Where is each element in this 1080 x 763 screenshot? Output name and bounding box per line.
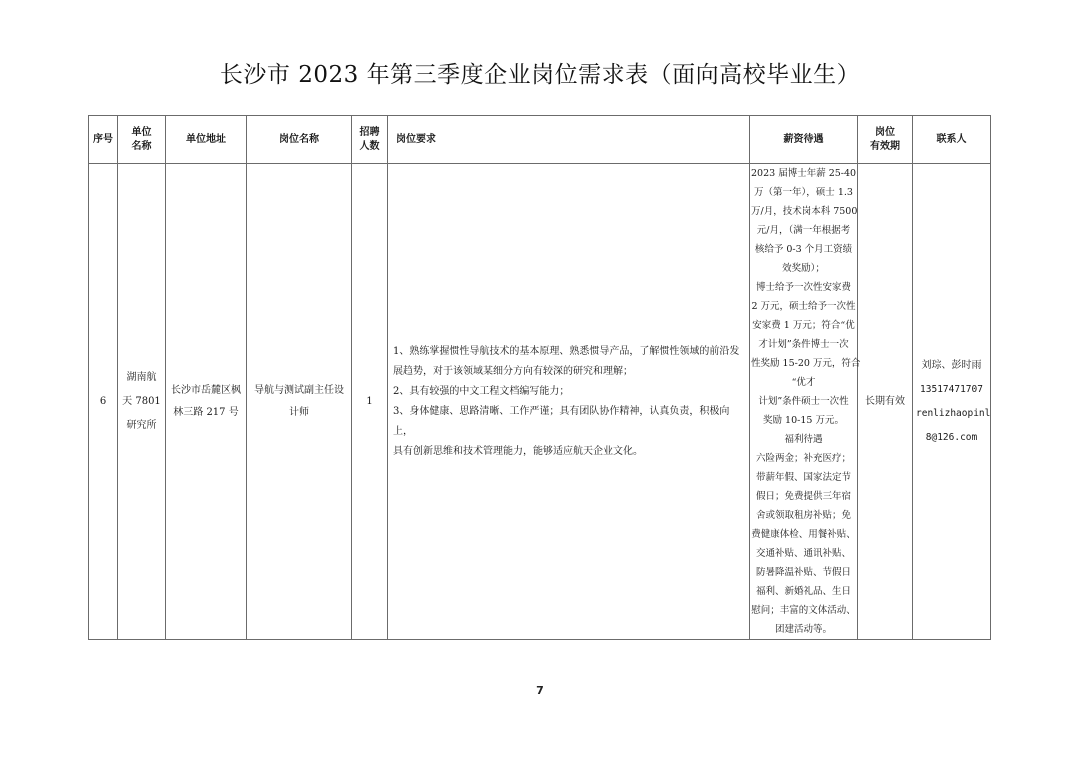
cell-address: 长沙市岳麓区枫 林三路 217 号 (166, 164, 247, 640)
salary-line: 费健康体检、用餐补贴、 (751, 525, 856, 544)
salary-line: 舍或领取租房补贴；免 (751, 506, 856, 525)
address-line: 林三路 217 号 (169, 402, 243, 424)
salary-line: 交通补贴、通讯补贴、 (751, 544, 856, 563)
header-contact-label: 联系人 (937, 134, 967, 145)
salary-line: 六险两金；补充医疗； (751, 449, 856, 468)
header-address-label: 单位地址 (186, 134, 226, 145)
position-line: 导航与测试副主任设 (250, 380, 348, 402)
salary-line: 团建活动等。 (751, 620, 856, 639)
contact-phone: 13517471707 (916, 378, 987, 402)
salary-line: 慰问；丰富的文体活动、 (751, 601, 856, 620)
requirement-line: 3、身体健康、思路清晰、工作严谨；具有团队协作精神，认真负责，积极向上， (393, 402, 744, 442)
salary-line: “优才 (751, 373, 856, 392)
document-title: 长沙市 2023 年第三季度企业岗位需求表（面向高校毕业生） (0, 56, 1080, 89)
salary-line: 元/月，（满一年根据考 (751, 221, 856, 240)
cell-count: 1 (352, 164, 388, 640)
header-salary: 薪资待遇 (750, 116, 858, 164)
header-address: 单位地址 (166, 116, 247, 164)
requirement-line: 1、熟练掌握惯性导航技术的基本原理、熟悉惯导产品，了解惯性领域的前沿发 (393, 342, 744, 362)
salary-line: 效奖励）； (751, 259, 856, 278)
job-demand-table: 序号 单位 名称 单位地址 岗位名称 招聘 人数 岗位要求 薪资待遇 岗位 有效… (88, 115, 991, 640)
address-line: 长沙市岳麓区枫 (169, 380, 243, 402)
table-row: 6 湖南航 天 7801 研究所 长沙市岳麓区枫 林三路 217 号 导航与测试… (89, 164, 991, 640)
requirement-line: 展趋势，对于该领域某细分方向有较深的研究和理解； (393, 362, 744, 382)
table-header-row: 序号 单位 名称 单位地址 岗位名称 招聘 人数 岗位要求 薪资待遇 岗位 有效… (89, 116, 991, 164)
salary-line: 假日；免费提供三年宿 (751, 487, 856, 506)
salary-line: 福利、新婚礼品、生日 (751, 582, 856, 601)
header-requirements: 岗位要求 (388, 116, 750, 164)
header-index-label: 序号 (93, 134, 113, 145)
page-number: 7 (0, 684, 1080, 697)
salary-line: 万/月，技术岗本科 7500 (751, 202, 856, 221)
contact-email-part2: 8@126.com (916, 426, 987, 450)
header-validity-line2: 有效期 (858, 140, 912, 154)
header-unit-name: 单位 名称 (118, 116, 166, 164)
cell-validity: 长期有效 (858, 164, 913, 640)
header-unit-name-line2: 名称 (118, 140, 165, 154)
position-line: 计师 (250, 402, 348, 424)
unit-name-line: 研究所 (121, 414, 162, 438)
header-position: 岗位名称 (247, 116, 352, 164)
salary-line: 核给予 0-3 个月工资绩 (751, 240, 856, 259)
header-count: 招聘 人数 (352, 116, 388, 164)
unit-name-line: 天 7801 (121, 390, 162, 414)
salary-line: 2 万元，硕士给予一次性 (751, 297, 856, 316)
requirement-line: 2、具有较强的中文工程文档编写能力； (393, 382, 744, 402)
salary-line: 福利待遇 (751, 430, 856, 449)
unit-name-line: 湖南航 (121, 366, 162, 390)
salary-line: 安家费 1 万元；符合“优 (751, 316, 856, 335)
salary-line: 2023 届博士年薪 25-40 (751, 164, 856, 183)
cell-salary: 2023 届博士年薪 25-40 万（第一年），硕士 1.3 万/月，技术岗本科… (750, 164, 858, 640)
header-salary-label: 薪资待遇 (784, 134, 824, 145)
salary-line: 奖励 10-15 万元。 (751, 411, 856, 430)
salary-line: 性奖励 15-20 万元，符合 (751, 354, 856, 373)
header-count-line1: 招聘 (352, 126, 387, 140)
header-count-line2: 人数 (352, 140, 387, 154)
cell-requirements: 1、熟练掌握惯性导航技术的基本原理、熟悉惯导产品，了解惯性领域的前沿发 展趋势，… (388, 164, 750, 640)
header-position-label: 岗位名称 (279, 134, 319, 145)
header-index: 序号 (89, 116, 118, 164)
header-contact: 联系人 (913, 116, 991, 164)
cell-contact: 刘琮、彭时雨 13517471707 renlizhaopinl 8@126.c… (913, 164, 991, 640)
header-validity-line1: 岗位 (858, 126, 912, 140)
cell-position: 导航与测试副主任设 计师 (247, 164, 352, 640)
header-unit-name-line1: 单位 (118, 126, 165, 140)
salary-line: 博士给予一次性安家费 (751, 278, 856, 297)
salary-line: 才计划”条件博士一次 (751, 335, 856, 354)
salary-line: 万（第一年），硕士 1.3 (751, 183, 856, 202)
salary-line: 带薪年假、国家法定节 (751, 468, 856, 487)
requirement-line: 具有创新思维和技术管理能力，能够适应航天企业文化。 (393, 442, 744, 462)
salary-line: 防暑降温补贴、节假日 (751, 563, 856, 582)
cell-unit-name: 湖南航 天 7801 研究所 (118, 164, 166, 640)
header-requirements-label: 岗位要求 (396, 134, 436, 145)
cell-index: 6 (89, 164, 118, 640)
salary-line: 计划”条件硕士一次性 (751, 392, 856, 411)
contact-email-part1: renlizhaopinl (916, 402, 987, 426)
header-validity: 岗位 有效期 (858, 116, 913, 164)
contact-name: 刘琮、彭时雨 (916, 354, 987, 378)
